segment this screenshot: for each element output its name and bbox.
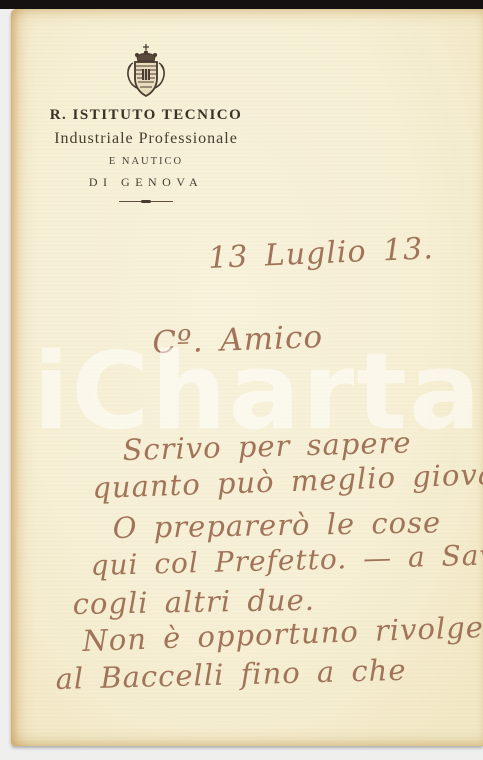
letter-paper: R. ISTITUTO TECNICO Industriale Professi… xyxy=(11,9,483,746)
letterhead: R. ISTITUTO TECNICO Industriale Professi… xyxy=(36,43,256,202)
handwritten-date: 13 Luglio 13. xyxy=(207,231,434,276)
handwritten-body-line: O preparerò le cose xyxy=(112,505,441,545)
institute-name-line2: Industriale Professionale xyxy=(36,130,256,148)
coat-of-arms-icon xyxy=(123,43,169,101)
institute-name-line1: R. ISTITUTO TECNICO xyxy=(36,107,256,124)
handwritten-salutation: Cº. Amico xyxy=(152,319,324,361)
handwritten-body-line: al Baccelli fino a che xyxy=(55,653,407,696)
handwritten-body-line: cogli altri due. xyxy=(72,583,315,621)
letterhead-divider xyxy=(119,201,173,202)
institute-city-line: DI GENOVA xyxy=(36,175,256,190)
scanner-edge-bar xyxy=(0,0,483,9)
institute-name-line3: E NAUTICO xyxy=(36,156,256,167)
